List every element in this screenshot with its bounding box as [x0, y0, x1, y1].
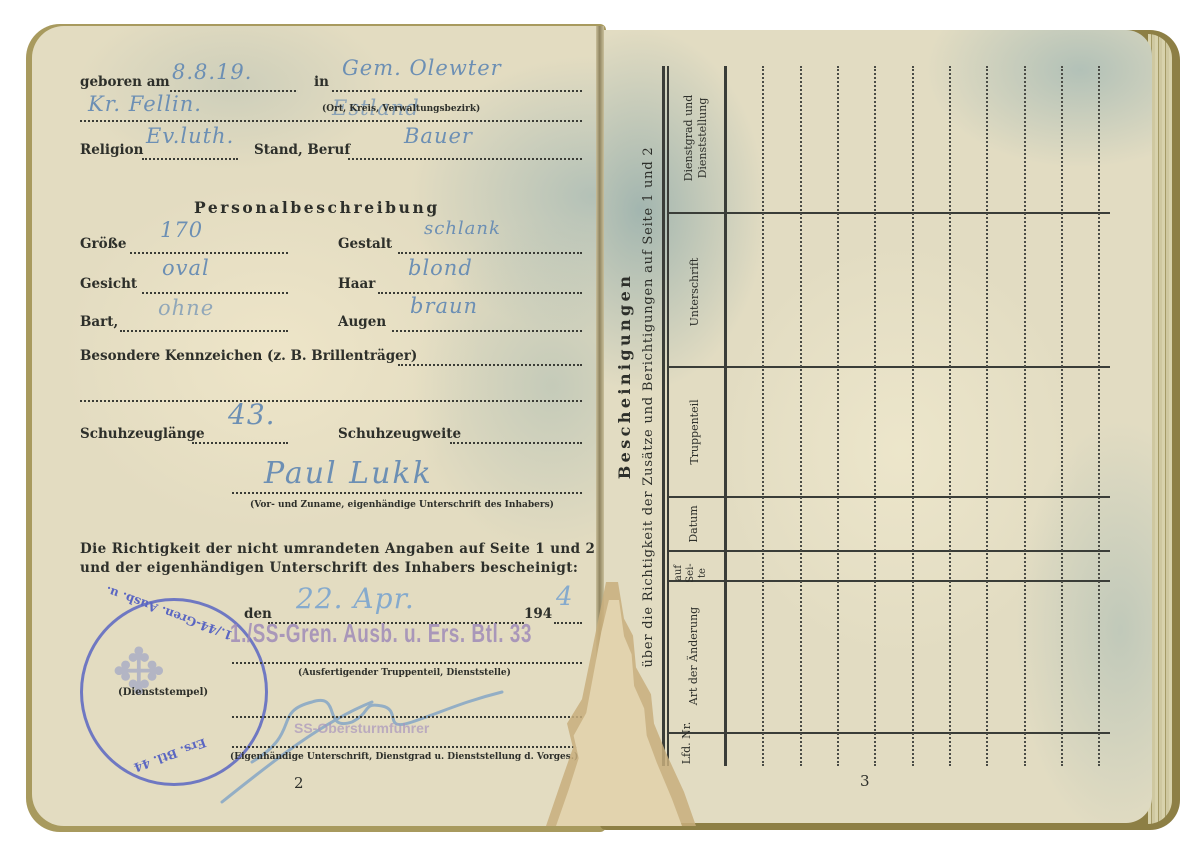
superior-caption: (Eigenhändige Unterschrift, Dienstgrad u…: [230, 752, 578, 762]
superior-caption-dotted-line: [232, 746, 582, 748]
column-header-unterschrift: Unterschrift: [688, 242, 704, 342]
superior-signature-stroke: [212, 662, 512, 812]
groesse-dotted-line: [130, 252, 288, 254]
place-value-line2-left: Kr. Fellin.: [88, 92, 202, 116]
shoe-length-label: Schuhzeuglänge: [80, 426, 205, 442]
soldbuch-booklet: geboren am 8.8.19. in Gem. Olewter Kr. F…: [0, 0, 1200, 847]
year-suffix: 4: [556, 582, 574, 612]
religion-dotted-line: [142, 158, 238, 160]
field-value-gestalt: schlank: [424, 218, 501, 239]
entry-row-4[interactable]: [874, 66, 876, 766]
entry-row-1[interactable]: [762, 66, 764, 766]
column-header-truppenteil: Truppenteil: [688, 382, 704, 482]
field-value-bart: ohne: [158, 296, 214, 320]
column-header-dienstgrad: Dienstgrad und Dienststellung: [682, 78, 714, 198]
entry-row-5[interactable]: [912, 66, 914, 766]
official-stamp-caption: (Dienststempel): [118, 687, 208, 698]
field-label-bart: Bart,: [80, 314, 118, 330]
in-label: in: [314, 74, 329, 90]
shoe-width-label: Schuhzeugweite: [338, 426, 461, 442]
shoe-width-dotted-line: [450, 442, 582, 444]
unit-stamp: 1./SS-Gren. Ausb. u. Ers. Btl. 33: [230, 620, 532, 650]
rank-stamp: SS-Obersturmführer: [294, 720, 429, 736]
divider-aufseite-art: [668, 580, 1110, 582]
place-line2-dotted: [80, 120, 582, 122]
religion-value: Ev.luth.: [146, 124, 234, 148]
divider-unterschrift-truppenteil: [668, 366, 1110, 368]
shoe-length-value: 43.: [228, 398, 276, 431]
field-label-gesicht: Gesicht: [80, 276, 137, 292]
table-outer-line: [662, 66, 665, 766]
stand-dotted-line: [348, 158, 582, 160]
field-label-augen: Augen: [338, 314, 386, 330]
column-header-art-der-aenderung: Art der Änderung: [687, 581, 703, 731]
divider-art-lfdnr: [668, 732, 1110, 734]
field-label-groesse: Größe: [80, 236, 127, 252]
page-number-right: 3: [860, 772, 870, 790]
certification-line2: und der eigenhändigen Unterschrift des I…: [80, 559, 578, 578]
date-value: 22. Apr.: [296, 582, 415, 615]
table-outer-line-inner: [667, 66, 669, 766]
entry-row-7[interactable]: [986, 66, 988, 766]
stand-label: Stand, Beruf: [254, 142, 350, 158]
special-marks-dotted-line-2: [80, 400, 582, 402]
field-value-haar: blond: [408, 256, 473, 280]
religion-label: Religion: [80, 142, 143, 158]
field-value-gesicht: oval: [162, 256, 210, 280]
place-dotted-line: [332, 90, 582, 92]
haar-dotted-line: [378, 292, 582, 294]
right-page: Bescheinigungen über die Richtigkeit der…: [600, 30, 1152, 823]
divider-dienstgrad-unterschrift: [668, 212, 1110, 214]
gestalt-dotted-line: [398, 252, 582, 254]
page-number-left: 2: [294, 774, 304, 792]
eagle-emblem-icon: ✥: [112, 636, 166, 710]
place-value-line1: Gem. Olewter: [342, 56, 502, 80]
superior-signature-dotted-line: [232, 716, 582, 718]
shoe-length-dotted-line: [192, 442, 288, 444]
holder-signature-caption: (Vor- und Zuname, eigenhändige Unterschr…: [250, 500, 554, 510]
special-marks-dotted-line: [398, 364, 582, 366]
special-marks-label: Besondere Kennzeichen (z. B. Brillenträg…: [80, 348, 417, 364]
right-page-title: Bescheinigungen: [615, 251, 635, 501]
augen-dotted-line: [392, 330, 582, 332]
entry-row-10[interactable]: [1098, 66, 1100, 766]
born-value: 8.8.19.: [172, 60, 252, 84]
entry-row-3[interactable]: [837, 66, 839, 766]
stand-value: Bauer: [404, 124, 473, 148]
entry-row-9[interactable]: [1061, 66, 1063, 766]
bart-dotted-line: [120, 330, 288, 332]
divider-datum-aufseite: [668, 550, 1110, 552]
field-label-haar: Haar: [338, 276, 375, 292]
year-dotted-line: [554, 622, 582, 624]
certification-line1: Die Richtigkeit der nicht umrandeten Ang…: [80, 540, 595, 559]
entry-row-6[interactable]: [949, 66, 951, 766]
header-separator-line: [724, 66, 727, 766]
column-header-datum: Datum: [687, 499, 703, 549]
holder-signature-dotted-line: [232, 492, 582, 494]
gesicht-dotted-line: [142, 292, 288, 294]
divider-truppenteil-datum: [668, 496, 1110, 498]
column-header-auf-seite: auf Sei- te: [673, 559, 715, 587]
entry-row-2[interactable]: [800, 66, 802, 766]
entry-row-8[interactable]: [1024, 66, 1026, 766]
right-page-subtitle: über die Richtigkeit der Zusätze und Ber…: [641, 107, 659, 707]
holder-signature: Paul Lukk: [264, 456, 433, 491]
field-label-gestalt: Gestalt: [338, 236, 392, 252]
section-title: Personalbeschreibung: [194, 198, 440, 217]
place-caption: (Ort, Kreis, Verwaltungsbezirk): [322, 104, 480, 114]
left-page: geboren am 8.8.19. in Gem. Olewter Kr. F…: [32, 26, 600, 826]
field-value-augen: braun: [410, 294, 478, 318]
born-label: geboren am: [80, 74, 170, 90]
field-value-groesse: 170: [160, 218, 203, 242]
